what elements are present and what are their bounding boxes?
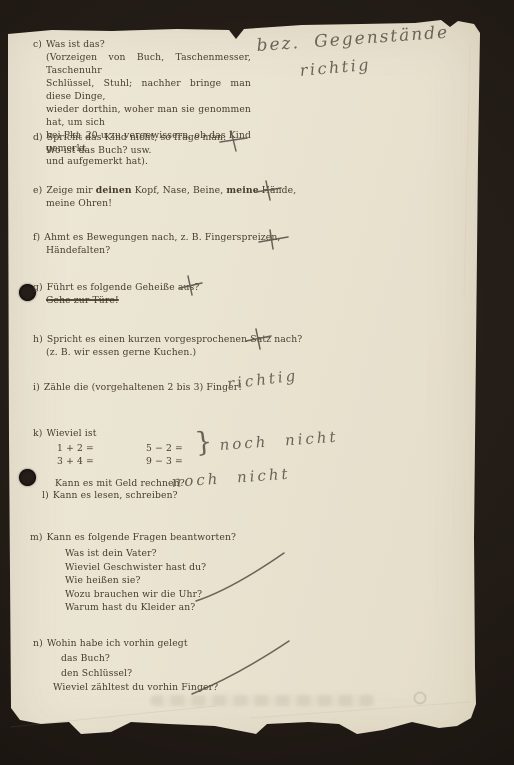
question-h: h)Spricht es einen kurzen vorgesprochene…	[33, 333, 302, 359]
question-d-line1: d)Spricht das Kind nicht, so frage man:	[33, 131, 226, 144]
question-l: l)Kann es lesen, schreiben?	[42, 489, 178, 502]
scanned-page: c)Was ist das? (Vorzeigen von Buch, Tasc…	[0, 0, 514, 765]
sub-question: den Schlüssel?	[61, 667, 218, 682]
question-m: m)Kann es folgende Fragen beantworten? W…	[30, 531, 236, 615]
question-e-line1: e)Zeige mir deinen Kopf, Nase, Beine, me…	[33, 184, 296, 197]
question-letter: k)	[33, 428, 42, 439]
question-d-line2: Wo ist das Buch? usw.	[46, 144, 226, 157]
question-letter: g)	[33, 282, 43, 293]
question-g-line1: g)Führt es folgende Geheiße aus?	[33, 281, 200, 294]
question-k-line: k)Wieviel ist	[33, 427, 206, 440]
question-h-line2: (z. B. wir essen gerne Kuchen.)	[46, 346, 302, 359]
punch-hole-bottom	[19, 469, 36, 486]
question-n: n)Wohin habe ich vorhin gelegt das Buch?…	[33, 637, 218, 696]
handwritten-brace: }	[193, 426, 213, 459]
question-letter: d)	[33, 132, 43, 143]
math-row: 1 + 2 =5 − 2 =	[33, 442, 206, 455]
sub-question: Wozu brauchen wir die Uhr?	[65, 588, 236, 602]
question-f: f)Ahmt es Bewegungen nach, z. B. Fingers…	[33, 231, 281, 257]
sub-question: Was ist dein Vater?	[65, 547, 236, 561]
question-e-line2: meine Ohren!	[46, 197, 296, 210]
sub-question: Wieviel Geschwister hast du?	[65, 561, 236, 575]
question-m-subs: Was ist dein Vater? Wieviel Geschwister …	[65, 547, 236, 615]
body-line: wieder dorthin, woher man sie genommen h…	[46, 103, 251, 129]
question-letter: l)	[42, 490, 49, 501]
question-letter: m)	[30, 532, 43, 543]
question-n-subs: das Buch? den Schlüssel? Wieviel zähltes…	[33, 652, 218, 696]
body-line: (Vorzeigen von Buch, Taschenmesser, Tasc…	[46, 51, 251, 77]
question-letter: e)	[33, 185, 42, 196]
sub-question: Wieviel zähltest du vorhin Finger?	[53, 681, 218, 696]
question-i-line: i)Zähle die (vorgehaltenen 2 bis 3) Fing…	[33, 381, 242, 394]
question-letter: f)	[33, 232, 40, 243]
question-k: k)Wieviel ist 1 + 2 =5 − 2 = 3 + 4 =9 − …	[33, 427, 206, 468]
question-f-line2: Händefalten?	[46, 244, 281, 257]
question-g-crossed-text: Gehe zur Türe!	[46, 294, 200, 307]
sub-question: Warum hast du Kleider an?	[65, 601, 236, 615]
question-g: g)Führt es folgende Geheiße aus? Gehe zu…	[33, 281, 200, 307]
question-letter: c)	[33, 39, 42, 50]
question-m-line: m)Kann es folgende Fragen beantworten?	[30, 531, 236, 544]
sub-question: Wie heißen sie?	[65, 574, 236, 588]
question-n-line: n)Wohin habe ich vorhin gelegt	[33, 637, 218, 650]
question-f-line1: f)Ahmt es Bewegungen nach, z. B. Fingers…	[33, 231, 281, 244]
question-k-math: 1 + 2 =5 − 2 = 3 + 4 =9 − 3 =	[33, 442, 206, 468]
math-row: 3 + 4 =9 − 3 =	[33, 455, 206, 468]
showthrough-smudge	[150, 695, 375, 706]
sub-question: das Buch?	[61, 652, 218, 667]
question-letter: n)	[33, 638, 43, 649]
showthrough-ring	[414, 692, 426, 704]
question-c-title: c)Was ist das?	[33, 38, 251, 51]
question-h-line1: h)Spricht es einen kurzen vorgesprochene…	[33, 333, 302, 346]
question-e: e)Zeige mir deinen Kopf, Nase, Beine, me…	[33, 184, 296, 210]
question-letter: h)	[33, 334, 43, 345]
body-line: Schlüssel, Stuhl; nachher bringe man die…	[46, 77, 251, 103]
question-letter: i)	[33, 382, 40, 393]
question-i: i)Zähle die (vorgehaltenen 2 bis 3) Fing…	[33, 381, 242, 394]
question-d: d)Spricht das Kind nicht, so frage man: …	[33, 131, 226, 157]
